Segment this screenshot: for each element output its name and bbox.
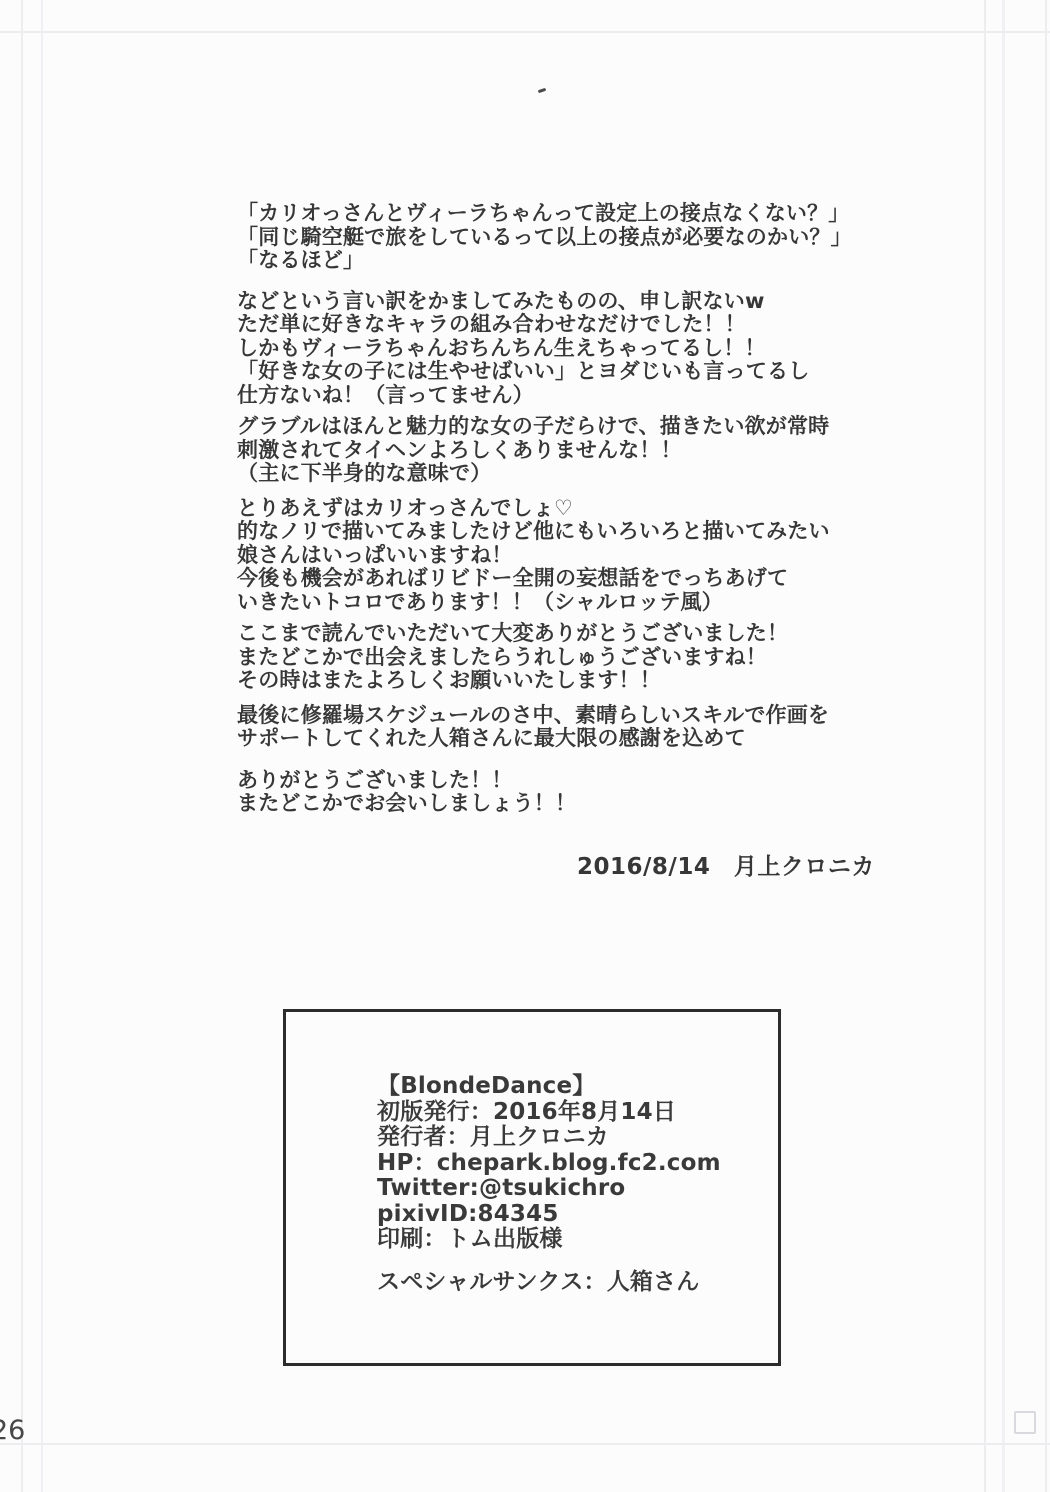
body-line: 「好きな女の子には生やせばいい」とヨダじいも言ってるし [237, 360, 852, 384]
scan-edge-line-left-2 [41, 0, 43, 1492]
body-line: 「なるほど」 [237, 249, 852, 273]
body-line: ありがとうございました！！ [237, 769, 852, 793]
page-number: 26 [0, 1415, 25, 1446]
body-line: しかもヴィーラちゃんおちんちん生えちゃってるし！！ [237, 337, 852, 361]
scan-edge-line-top [0, 31, 1050, 33]
body-line: 「カリオっさんとヴィーラちゃんって設定上の接点なくない？」 [237, 202, 852, 226]
colophon-pixiv-id: pixivID:84345 [377, 1202, 778, 1228]
body-paragraph: とりあえずはカリオっさんでしょ♡ 的なノリで描いてみましたけど他にもいろいろと描… [237, 497, 852, 615]
colophon-text: 【BlondeDance】 初版発行：2016年8月14日 発行者：月上クロニカ… [286, 1012, 778, 1295]
body-line: 最後に修羅場スケジュールのさ中、素晴らしいスキルで作画を [237, 704, 852, 728]
signature-date: 2016/8/14 月上クロニカ [577, 848, 875, 881]
body-line: 今後も機会があればリビドー全開の妄想話をでっちあげて [237, 567, 852, 591]
body-line: 娘さんはいっぱいいますね！ [237, 544, 852, 568]
colophon-twitter: Twitter:@tsukichro [377, 1176, 778, 1202]
body-line: ただ単に好きなキャラの組み合わせなだけでした！！ [237, 313, 852, 337]
body-paragraph: 「カリオっさんとヴィーラちゃんって設定上の接点なくない？」 「同じ騎空艇で旅をし… [237, 202, 852, 273]
body-line: 仕方ないね！（言ってません） [237, 384, 852, 408]
body-line: （主に下半身的な意味で） [237, 462, 852, 486]
body-paragraph: ここまで読んでいただいて大変ありがとうございました！ またどこかで出会えましたら… [237, 622, 852, 693]
colophon-box: 【BlondeDance】 初版発行：2016年8月14日 発行者：月上クロニカ… [283, 1009, 781, 1366]
scan-edge-line-right-3 [1045, 0, 1047, 1492]
scanned-afterword-page: 「カリオっさんとヴィーラちゃんって設定上の接点なくない？」 「同じ騎空艇で旅をし… [0, 0, 1050, 1492]
body-line: 的なノリで描いてみましたけど他にもいろいろと描いてみたい [237, 520, 852, 544]
colophon-publisher: 発行者：月上クロニカ [377, 1125, 778, 1151]
body-line: またどこかでお会いしましょう！！ [237, 792, 852, 816]
afterword-text-block: 「カリオっさんとヴィーラちゃんって設定上の接点なくない？」 「同じ騎空艇で旅をし… [237, 202, 852, 816]
body-paragraph: ありがとうございました！！ またどこかでお会いしましょう！！ [237, 769, 852, 816]
body-paragraph: 最後に修羅場スケジュールのさ中、素晴らしいスキルで作画を サポートしてくれた人箱… [237, 704, 852, 751]
scan-edge-line-right-2 [1002, 0, 1005, 1492]
colophon-printer: 印刷：トム出版様 [377, 1227, 778, 1253]
colophon-first-edition: 初版発行：2016年8月14日 [377, 1100, 778, 1126]
body-paragraph: グラブルはほんと魅力的な女の子だらけで、描きたい欲が常時 刺激されてタイヘンよろ… [237, 415, 852, 486]
scan-edge-line-bottom [0, 1443, 1050, 1445]
body-line: その時はまたよろしくお願いいたします！！ [237, 669, 852, 693]
registration-square [1014, 1411, 1036, 1434]
scan-edge-line-left-1 [21, 0, 23, 1492]
colophon-homepage: HP：chepark.blog.fc2.com [377, 1151, 778, 1177]
scan-dust-speck [538, 88, 547, 93]
body-line: またどこかで出会えましたらうれしゅうございますね！ [237, 646, 852, 670]
body-line: サポートしてくれた人箱さんに最大限の感謝を込めて [237, 727, 852, 751]
body-line: 「同じ騎空艇で旅をしているって以上の接点が必要なのかい？」 [237, 226, 852, 250]
body-paragraph: などという言い訳をかましてみたものの、申し訳ないw ただ単に好きなキャラの組み合… [237, 290, 852, 408]
body-line: などという言い訳をかましてみたものの、申し訳ないw [237, 290, 852, 314]
body-line: いきたいトコロであります！！（シャルロッテ風） [237, 591, 852, 615]
body-line: グラブルはほんと魅力的な女の子だらけで、描きたい欲が常時 [237, 415, 852, 439]
colophon-special-thanks: スペシャルサンクス：人箱さん [377, 1270, 778, 1296]
colophon-title: 【BlondeDance】 [377, 1074, 778, 1100]
body-line: 刺激されてタイヘンよろしくありませんな！！ [237, 439, 852, 463]
body-line: とりあえずはカリオっさんでしょ♡ [237, 497, 852, 521]
body-line: ここまで読んでいただいて大変ありがとうございました！ [237, 622, 852, 646]
scan-edge-line-right-1 [984, 0, 986, 1492]
